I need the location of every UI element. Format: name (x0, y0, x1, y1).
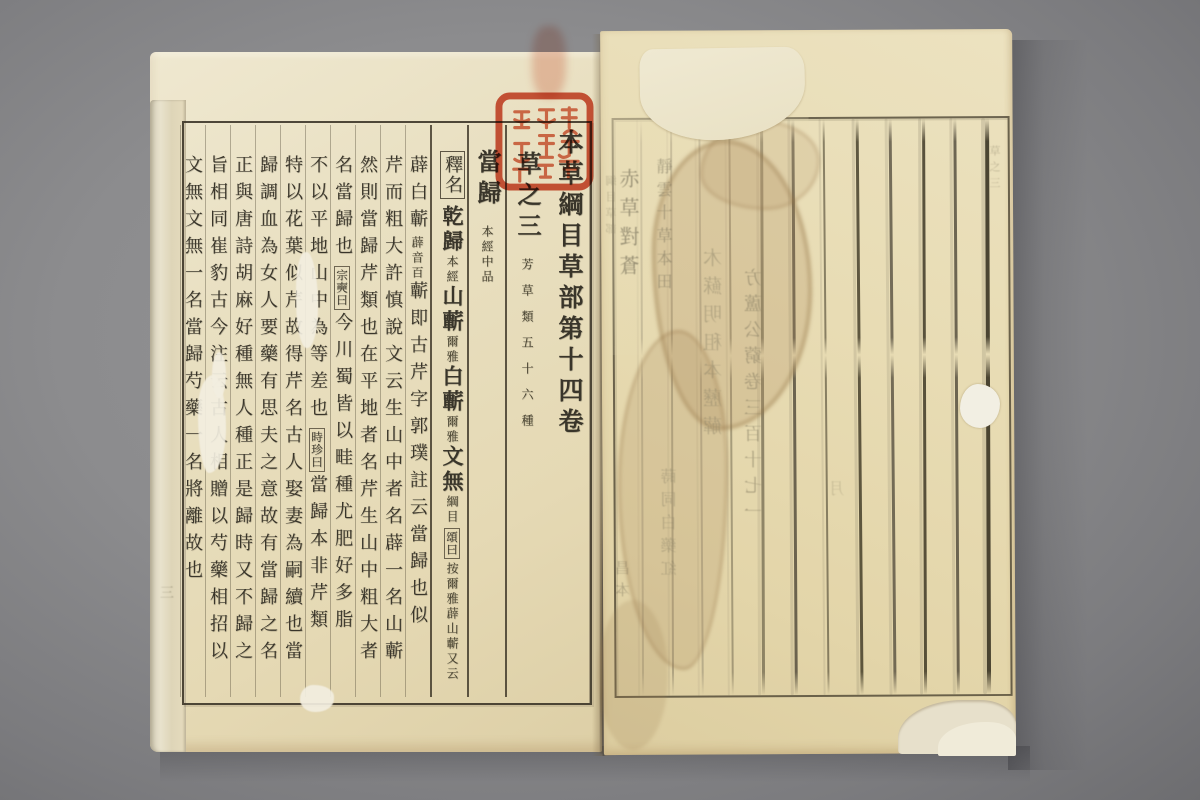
glyph-run: 名當歸也 (332, 155, 353, 263)
glyph-run: 芹而粗大許慎說文云生山中者名薜一名山蘄 (382, 155, 403, 668)
text-column-body: 特以花葉似芹故得芹名古人娶妻為嗣續也當 (280, 125, 305, 697)
glyph-run: 歸調血為女人要藥有思夫之意故有當歸之名 (257, 155, 278, 668)
glyph-run: 山蘄 (440, 285, 464, 335)
left-text-frame: 本草綱目草部第十四卷草之三芳草類五十六種當歸本經中品釋名乾歸本經山蘄爾雅白蘄爾雅… (182, 121, 592, 705)
glyph-run: 然則當歸芹類也在平地者名芹生山中粗大者 (357, 155, 378, 668)
glyph-run: 爾雅 (445, 335, 459, 365)
left-page: 本草綱目草部第十四卷草之三芳草類五十六種當歸本經中品釋名乾歸本經山蘄爾雅白蘄爾雅… (150, 52, 602, 752)
red-seal-stamp (495, 91, 594, 192)
glyph-run: 宗奭曰 (334, 266, 350, 310)
text-column-body: 然則當歸芹類也在平地者名芹生山中粗大者 (355, 125, 380, 697)
text-column-entry: 當歸本經中品 (467, 125, 505, 697)
glyph-run: 文無文無一名當歸芍藥一名將離故也 (182, 155, 203, 587)
glyph-run: 本經 (445, 255, 459, 285)
glyph-run: 時珍曰 (309, 428, 325, 472)
glyph-run: 中品 (480, 255, 494, 285)
column-rule-line (823, 119, 830, 695)
glyph-run: 特以花葉似芹故得芹名古人娶妻為嗣續也當 (282, 155, 303, 668)
column-rule-line (856, 119, 864, 695)
photo-of-open-book: 本草綱目草部第十四卷草之三芳草類五十六種當歸本經中品釋名乾歸本經山蘄爾雅白蘄爾雅… (0, 0, 1200, 800)
glyph-run: 薜白蘄 (407, 155, 428, 236)
glyph-run: 今川蜀皆以畦種尤肥好多脂 (332, 313, 353, 637)
glyph-run: 釋名 (440, 151, 465, 199)
glyph-run: 按爾雅薜山蘄又云 (445, 562, 459, 682)
glyph-run: 薜音百 (410, 236, 424, 281)
glyph-run: 頌曰 (444, 528, 460, 559)
water-stain (598, 600, 668, 750)
text-column-title: 本草綱目草部第十四卷 (545, 125, 587, 697)
glyph-run: 本經 (480, 225, 494, 255)
glyph-run: 白蘄 (440, 365, 464, 415)
left-page-text-block: 本草綱目草部第十四卷草之三芳草類五十六種當歸本經中品釋名乾歸本經山蘄爾雅白蘄爾雅… (189, 125, 587, 697)
text-column-section: 草之三芳草類五十六種 (505, 125, 545, 697)
text-column-body: 薜白蘄薜音百蘄即古芹字郭璞註云當歸也似 (405, 125, 430, 697)
column-rule-line (953, 118, 960, 694)
column-rule-line (889, 119, 897, 695)
glyph-run: 蘄即古芹字郭璞註云當歸也似 (407, 281, 428, 632)
text-column-body: 歸調血為女人要藥有思夫之意故有當歸之名 (255, 125, 280, 697)
column-rule-line (922, 118, 927, 694)
glyph-run: 芳草類五十六種 (520, 258, 534, 440)
paper-loss-patch (300, 685, 334, 712)
glyph-run: 爾雅 (445, 415, 459, 445)
text-column-body: 名當歸也宗奭曰今川蜀皆以畦種尤肥好多脂 (330, 125, 355, 697)
text-column-body: 正與唐詩胡麻好種無人種正是歸時又不歸之 (230, 125, 255, 697)
glyph-run: 文無 (440, 445, 464, 495)
text-column-names: 釋名乾歸本經山蘄爾雅白蘄爾雅文無綱目頌曰按爾雅薜山蘄又云 (430, 125, 467, 697)
paper-loss-patch (212, 352, 226, 398)
glyph-run: 乾歸 (440, 205, 464, 255)
glyph-run: 正與唐詩胡麻好種無人種正是歸時又不歸之 (232, 155, 253, 668)
text-column-body: 不以平地山中為等差也時珍曰當歸本非芹類 (305, 125, 330, 697)
glyph-run: 綱目 (445, 495, 459, 525)
text-column-body: 芹而粗大許慎說文云生山中者名薜一名山蘄 (380, 125, 405, 697)
seal-offset-smudge (532, 26, 566, 98)
book-drop-shadow-right (1008, 40, 1088, 770)
glyph-run: 當歸本非芹類 (307, 475, 328, 637)
